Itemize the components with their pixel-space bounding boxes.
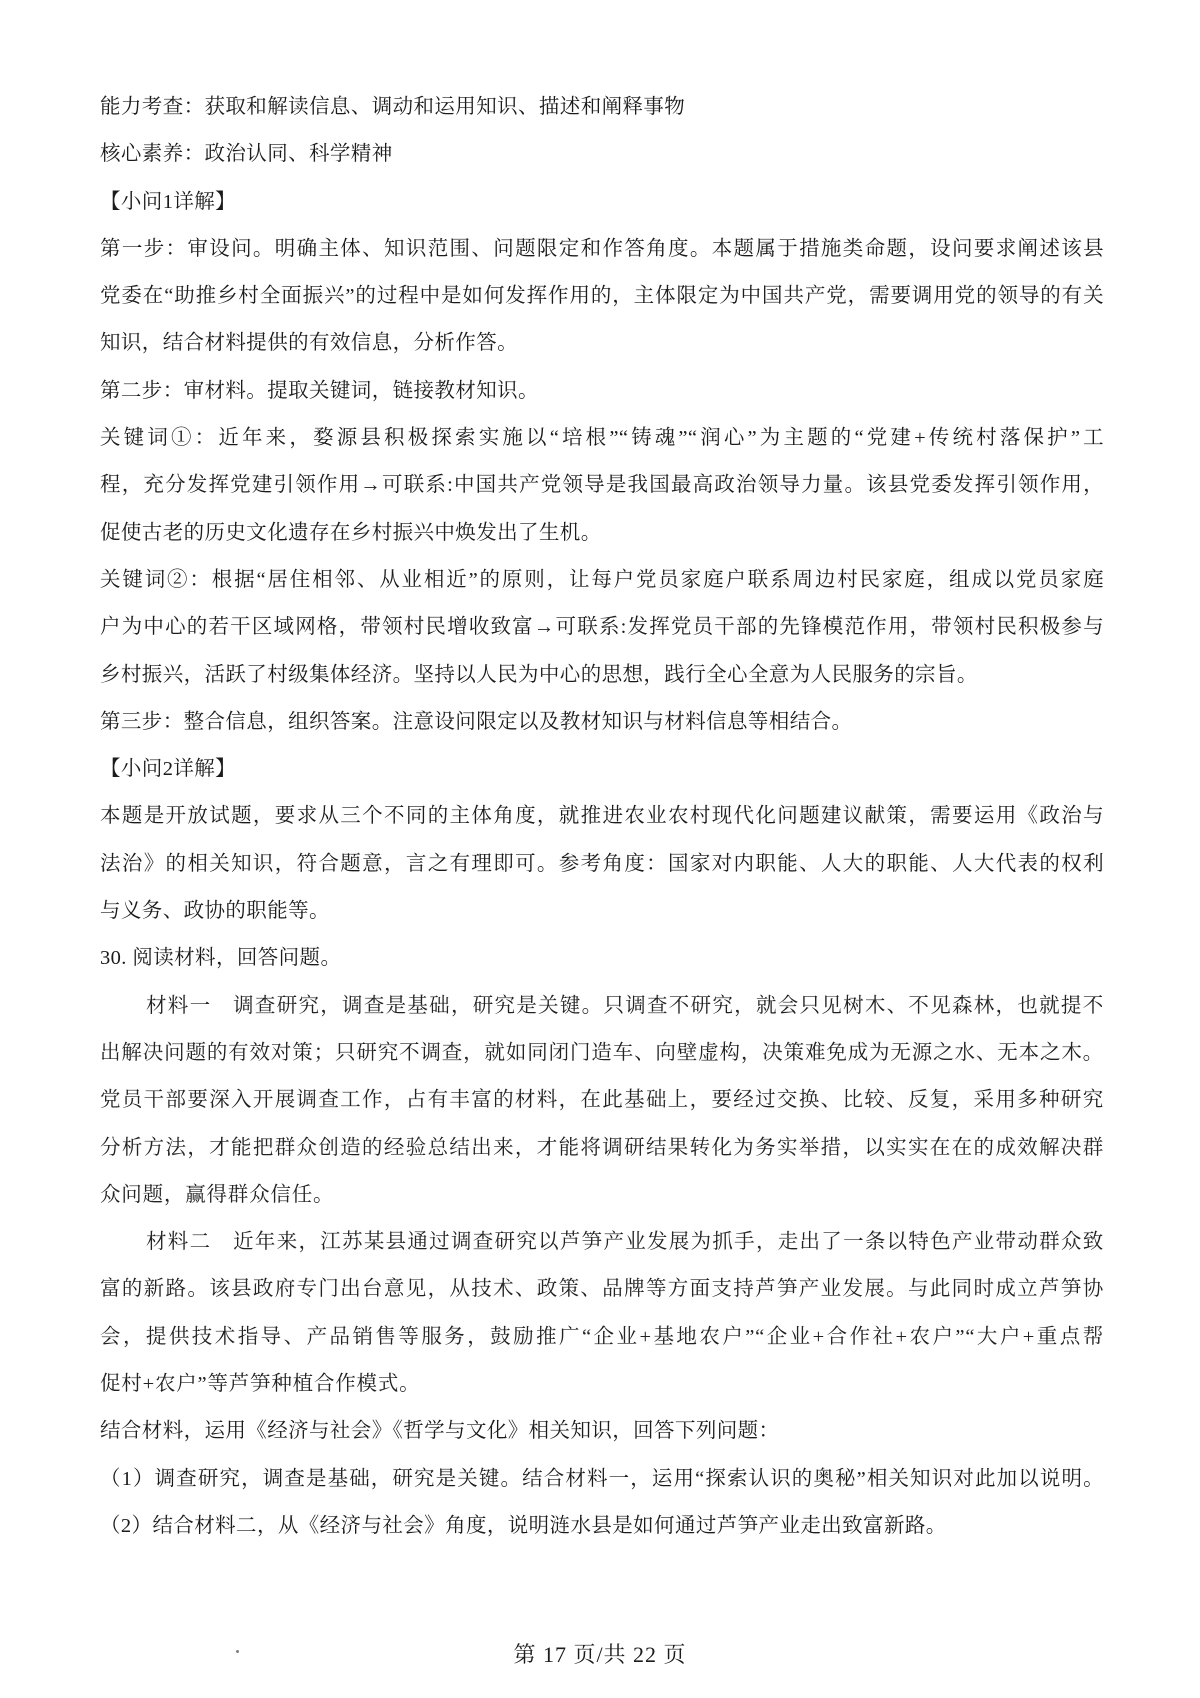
text-line: （1）调查研究，调查是基础，研究是关键。结合材料一，运用“探索认识的奥秘”相关知… bbox=[100, 1456, 1104, 1503]
text-line: 【小问2详解】 bbox=[100, 746, 1104, 793]
text-line: 第三步：整合信息，组织答案。注意设问限定以及教材知识与材料信息等相结合。 bbox=[100, 699, 1104, 746]
page-footer: 第 17 页/共 22 页 bbox=[0, 1638, 1200, 1669]
text-line: 【小问1详解】 bbox=[100, 179, 1104, 226]
text-line: （2）结合材料二，从《经济与社会》角度，说明涟水县是如何通过芦笋产业走出致富新路… bbox=[100, 1503, 1104, 1550]
document-page: 能力考查：获取和解读信息、调动和运用知识、描述和阐释事物核心素养：政治认同、科学… bbox=[0, 0, 1200, 1698]
text-line: 会，提供技术指导、产品销售等服务，鼓励推广“企业+基地农户”“企业+合作社+农户… bbox=[100, 1314, 1104, 1361]
text-line: 促使古老的历史文化遗存在乡村振兴中焕发出了生机。 bbox=[100, 510, 1104, 557]
text-line: 户为中心的若干区域网格，带领村民增收致富→可联系:发挥党员干部的先锋模范作用，带… bbox=[100, 604, 1104, 651]
text-line: 第二步：审材料。提取关键词，链接教材知识。 bbox=[100, 368, 1104, 415]
document-body: 能力考查：获取和解读信息、调动和运用知识、描述和阐释事物核心素养：政治认同、科学… bbox=[100, 84, 1104, 1550]
text-line: 结合材料，运用《经济与社会》《哲学与文化》相关知识，回答下列问题： bbox=[100, 1408, 1104, 1455]
text-line: 分析方法，才能把群众创造的经验总结出来，才能将调研结果转化为务实举措，以实实在在… bbox=[100, 1125, 1104, 1172]
text-line: 众问题，赢得群众信任。 bbox=[100, 1172, 1104, 1219]
text-line: 30. 阅读材料，回答问题。 bbox=[100, 935, 1104, 982]
text-line: 程，充分发挥党建引领作用→可联系:中国共产党领导是我国最高政治领导力量。该县党委… bbox=[100, 462, 1104, 509]
text-line: 关键词①：近年来，婺源县积极探索实施以“培根”“铸魂”“润心”为主题的“党建+传… bbox=[100, 415, 1104, 462]
text-line: 出解决问题的有效对策；只研究不调查，就如同闭门造车、向壁虚构，决策难免成为无源之… bbox=[100, 1030, 1104, 1077]
text-line: 核心素养：政治认同、科学精神 bbox=[100, 131, 1104, 178]
page-number-text: 第 17 页/共 22 页 bbox=[513, 1642, 686, 1667]
text-line: 第一步：审设问。明确主体、知识范围、问题限定和作答角度。本题属于措施类命题，设问… bbox=[100, 226, 1104, 273]
text-line: 知识，结合材料提供的有效信息，分析作答。 bbox=[100, 320, 1104, 367]
text-line: 关键词②：根据“居住相邻、从业相近”的原则，让每户党员家庭户联系周边村民家庭，组… bbox=[100, 557, 1104, 604]
text-line: 材料二 近年来，江苏某县通过调查研究以芦笋产业发展为抓手，走出了一条以特色产业带… bbox=[100, 1219, 1104, 1266]
text-line: 乡村振兴，活跃了村级集体经济。坚持以人民为中心的思想，践行全心全意为人民服务的宗… bbox=[100, 652, 1104, 699]
text-line: 能力考查：获取和解读信息、调动和运用知识、描述和阐释事物 bbox=[100, 84, 1104, 131]
text-line: 本题是开放试题，要求从三个不同的主体角度，就推进农业农村现代化问题建议献策，需要… bbox=[100, 793, 1104, 840]
text-line: 党员干部要深入开展调查工作，占有丰富的材料，在此基础上，要经过交换、比较、反复，… bbox=[100, 1077, 1104, 1124]
text-line: 与义务、政协的职能等。 bbox=[100, 888, 1104, 935]
text-line: 富的新路。该县政府专门出台意见，从技术、政策、品牌等方面支持芦笋产业发展。与此同… bbox=[100, 1266, 1104, 1313]
text-line: 材料一 调查研究，调查是基础，研究是关键。只调查不研究，就会只见树木、不见森林，… bbox=[100, 983, 1104, 1030]
text-line: 法治》的相关知识，符合题意，言之有理即可。参考角度：国家对内职能、人大的职能、人… bbox=[100, 841, 1104, 888]
text-line: 党委在“助推乡村全面振兴”的过程中是如何发挥作用的，主体限定为中国共产党，需要调… bbox=[100, 273, 1104, 320]
text-line: 促村+农户”等芦笋种植合作模式。 bbox=[100, 1361, 1104, 1408]
